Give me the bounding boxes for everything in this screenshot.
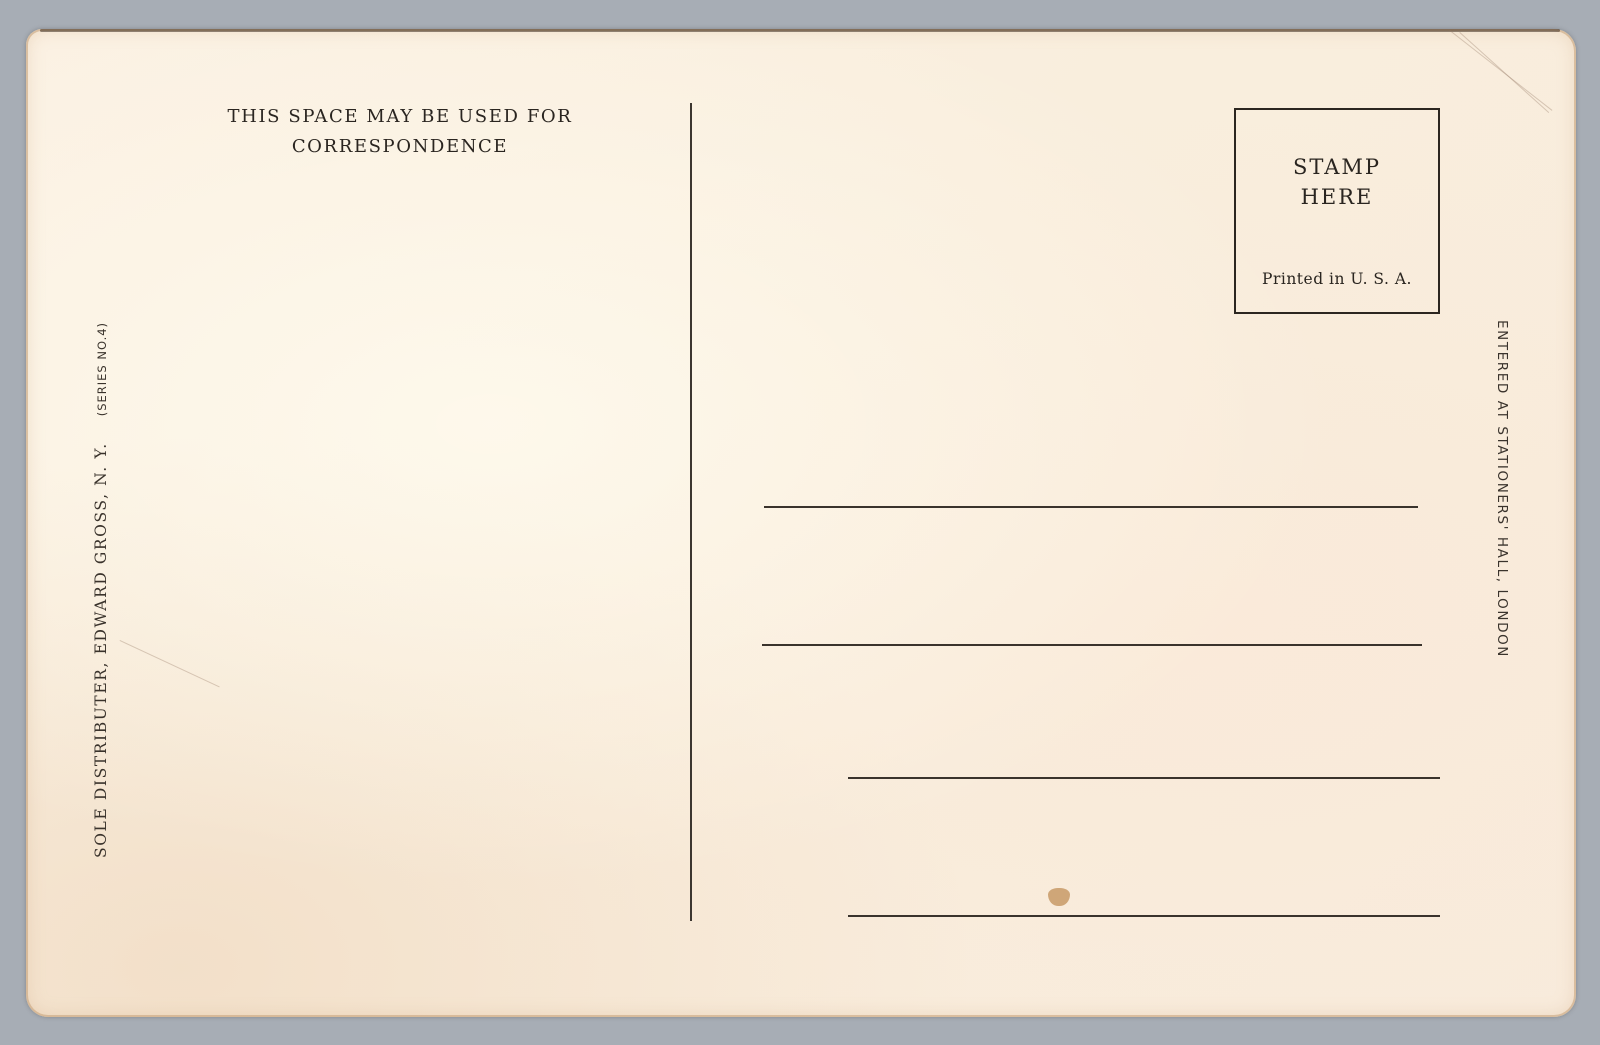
copyright-text: ENTERED AT STATIONERS' HALL, LONDON (1494, 320, 1510, 658)
correspondence-line-2: CORRESPONDENCE (180, 132, 620, 162)
address-line-3 (848, 777, 1440, 779)
address-line-1 (764, 506, 1418, 508)
copyright-imprint: ENTERED AT STATIONERS' HALL, LONDON (1494, 320, 1510, 658)
stamp-box: STAMP HERE Printed in U. S. A. (1234, 108, 1440, 314)
correspondence-heading: THIS SPACE MAY BE USED FOR CORRESPONDENC… (180, 102, 620, 162)
card-top-edge-shadow (40, 29, 1560, 32)
stamp-label-line-2: HERE (1236, 182, 1438, 212)
address-line-4 (848, 915, 1440, 917)
distributor-imprint: SOLE DISTRIBUTER, EDWARD GROSS, N. Y.(SE… (92, 322, 110, 858)
series-number: (SERIES NO.4) (95, 322, 109, 416)
address-line-2 (762, 644, 1422, 646)
center-divider-line (690, 103, 692, 921)
correspondence-line-1: THIS SPACE MAY BE USED FOR (180, 102, 620, 132)
stamp-label: STAMP HERE (1236, 152, 1438, 212)
printed-in-usa: Printed in U. S. A. (1236, 270, 1438, 288)
stamp-label-line-1: STAMP (1236, 152, 1438, 182)
distributor-text: SOLE DISTRIBUTER, EDWARD GROSS, N. Y. (92, 442, 110, 858)
